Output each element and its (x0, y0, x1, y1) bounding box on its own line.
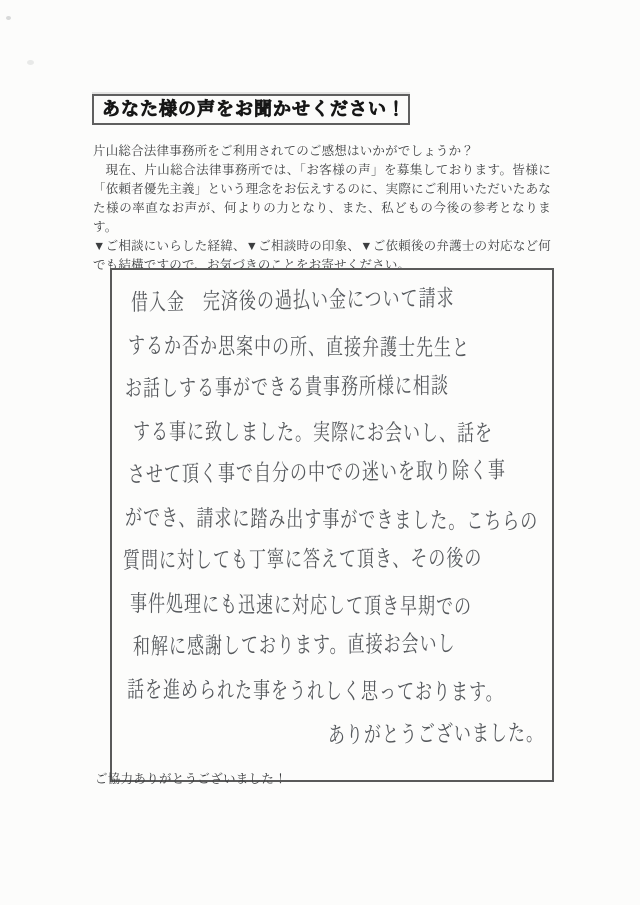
closing-thanks: ご協力ありがとうございました！ (95, 770, 287, 788)
scan-speck (6, 16, 11, 20)
scan-speck (27, 60, 34, 65)
testimonial-signoff-line: ありがとうございました。 (112, 710, 552, 773)
headline-box: あなた様の声をお聞かせください！ (92, 94, 410, 125)
intro-question: 片山総合法律事務所をご利用されてのご感想はいかがでしょうか？ (93, 142, 551, 161)
handwritten-response-box: 借入金 完済後の過払い金について請求 するか否か思案中の所、直接弁護士先生と お… (110, 268, 554, 782)
intro-body: 現在、片山総合法律事務所では、「お客様の声」を募集しております。皆様に「依頼者優… (93, 161, 551, 237)
scanned-feedback-sheet: あなた様の声をお聞かせください！ 片山総合法律事務所をご利用されてのご感想はいか… (0, 0, 640, 905)
page-title: あなた様の声をお聞かせください！ (102, 98, 400, 121)
intro-text: 片山総合法律事務所をご利用されてのご感想はいかがでしょうか？ 現在、片山総合法律… (93, 142, 551, 275)
